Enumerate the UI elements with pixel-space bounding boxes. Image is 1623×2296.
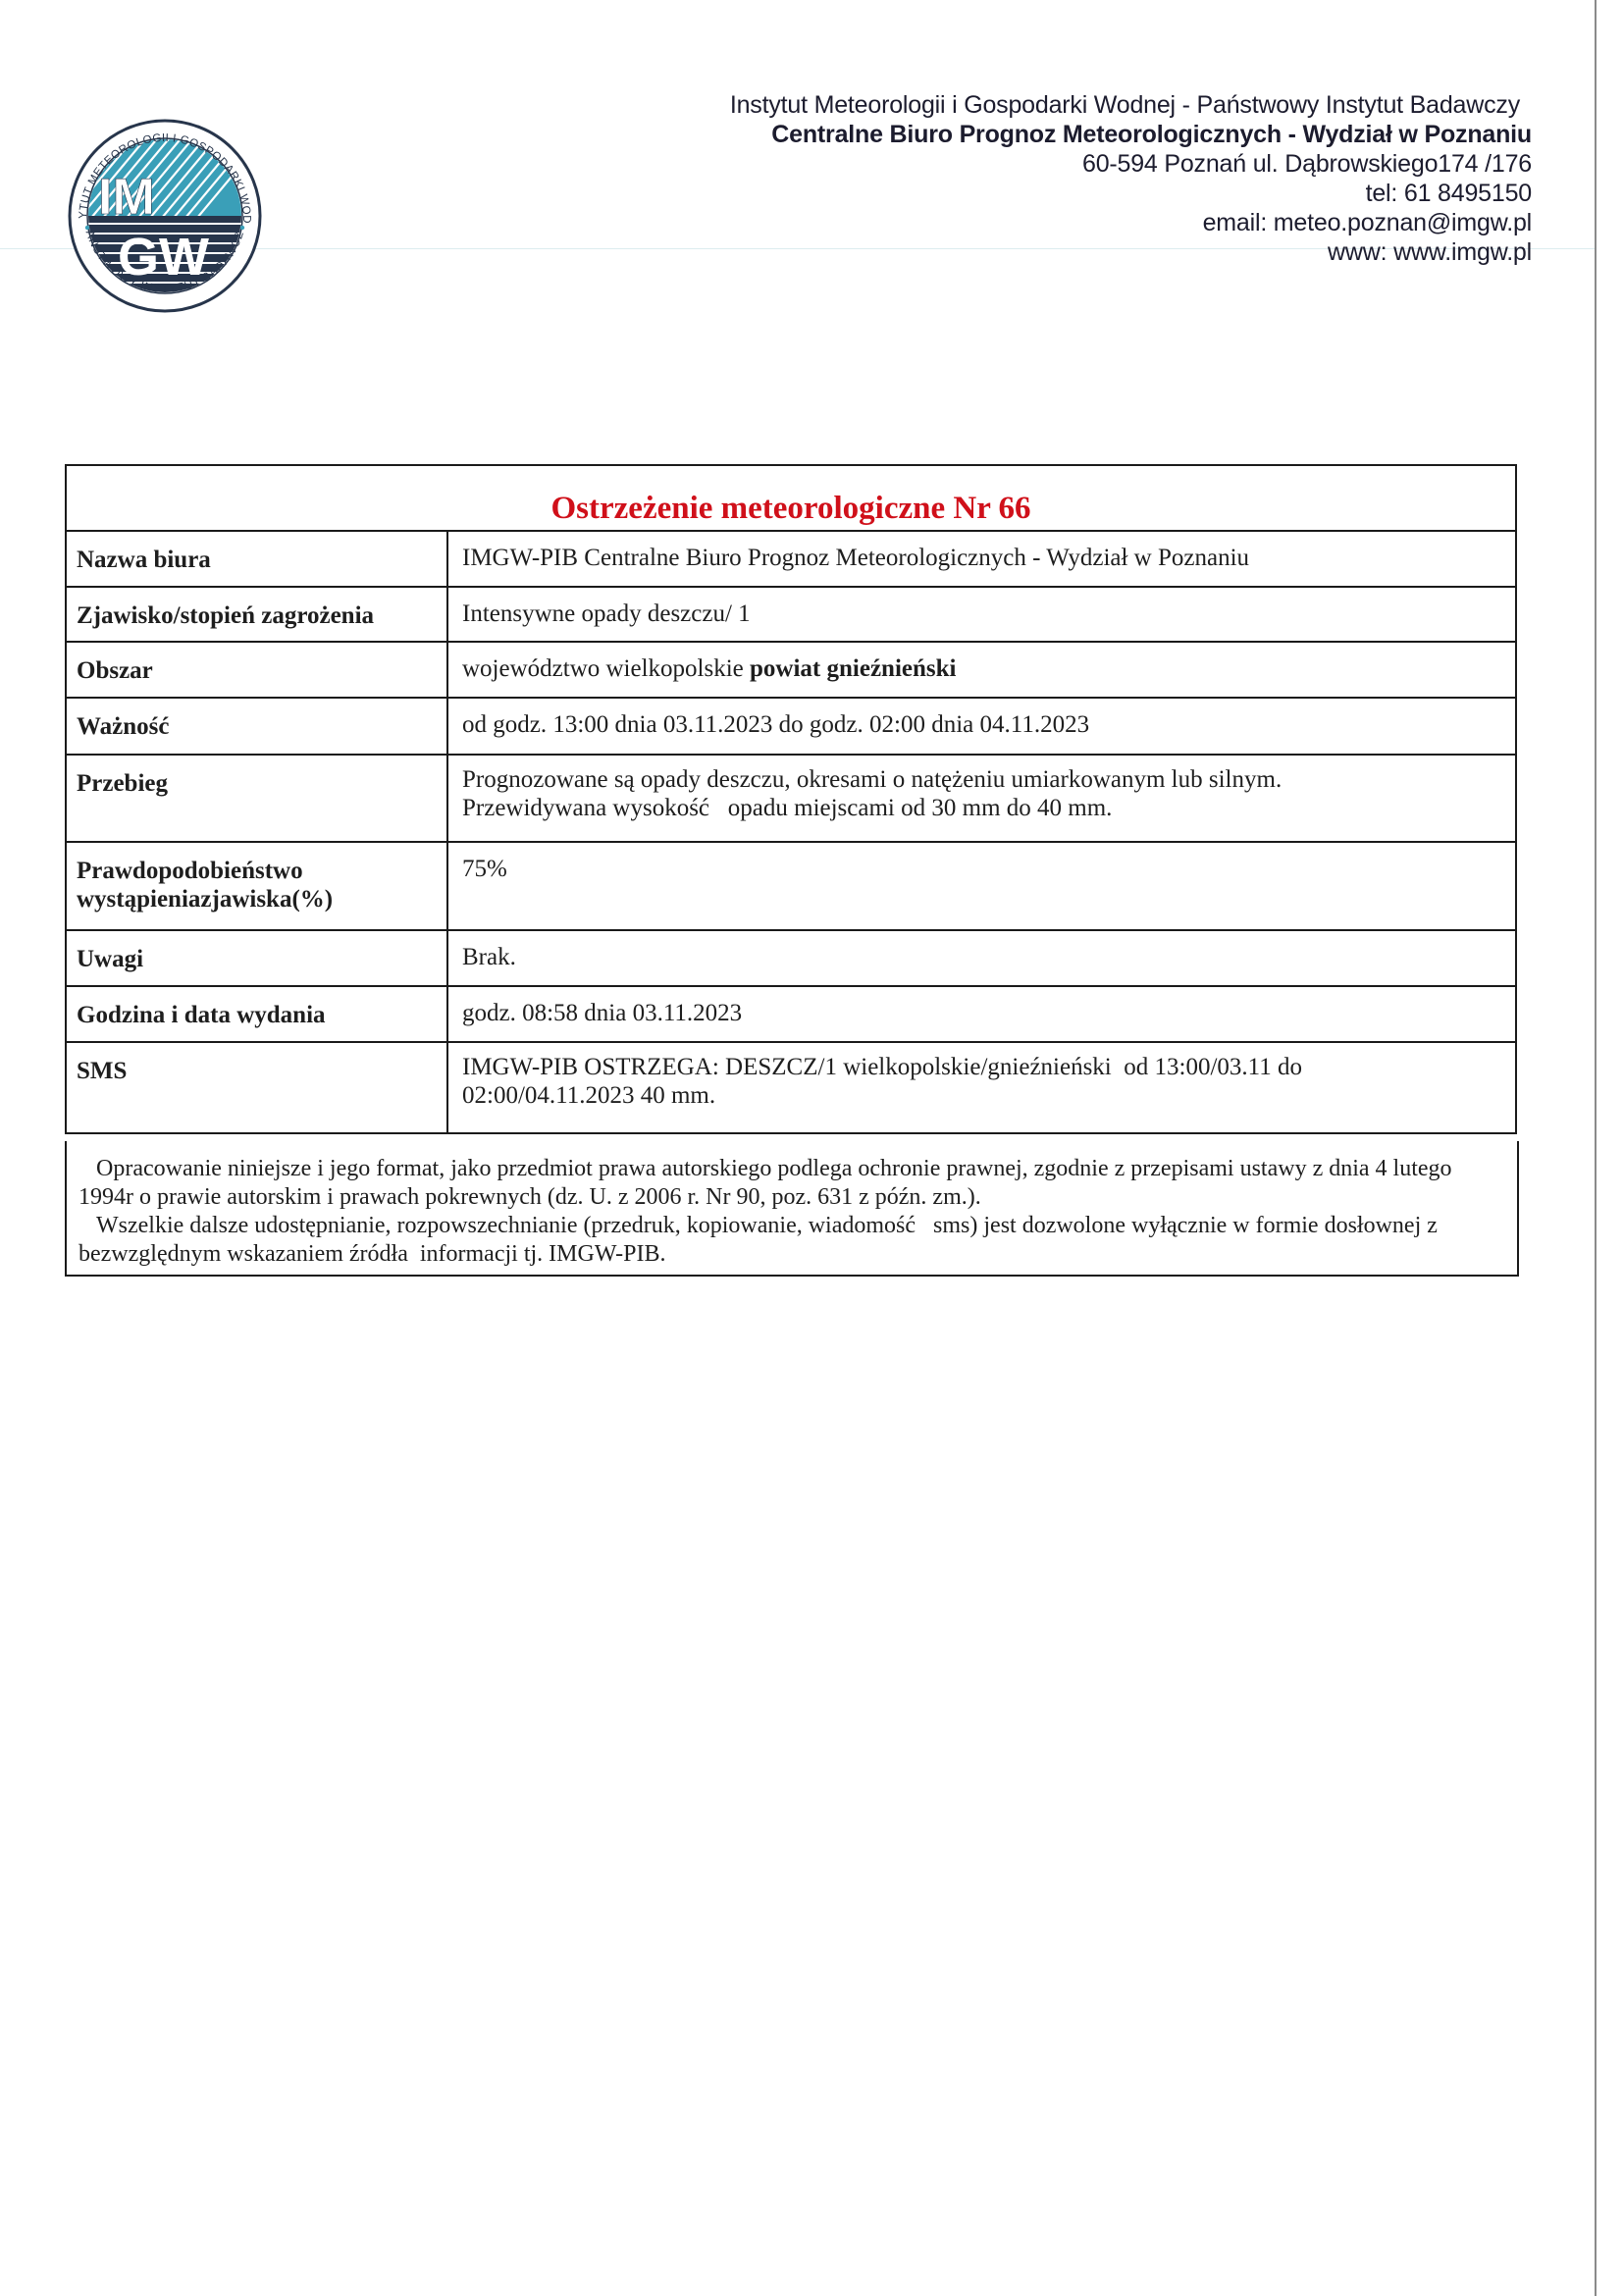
office-address: 60-594 Poznań ul. Dąbrowskiego174 /176 [550, 149, 1532, 179]
table-row-office: Nazwa biura IMGW-PIB Centralne Biuro Pro… [67, 532, 1515, 588]
office-email: email: meteo.poznan@imgw.pl [550, 208, 1532, 237]
institute-name: Instytut Meteorologii i Gospodarki Wodne… [550, 90, 1520, 120]
copyright-text: Opracowanie niniejsze i jego format, jak… [79, 1155, 1503, 1212]
office-phone: tel: 61 8495150 [550, 179, 1532, 208]
imgw-logo-icon: IM GW INSTYTUT METEOROLOGII I GOSPODARKI… [67, 118, 263, 314]
table-row-remarks: Uwagi Brak. [67, 931, 1515, 987]
copyright-notice: Opracowanie niniejsze i jego format, jak… [65, 1141, 1519, 1277]
row-value: od godz. 13:00 dnia 03.11.2023 do godz. … [448, 699, 1515, 754]
row-value: godz. 08:58 dnia 03.11.2023 [448, 987, 1515, 1041]
page-edge-line [1595, 0, 1597, 2296]
row-label: Ważność [67, 699, 448, 754]
office-name: Centralne Biuro Prognoz Meteorologicznyc… [550, 120, 1532, 149]
table-row-area: Obszar województwo wielkopolskie powiat … [67, 643, 1515, 699]
row-label: Uwagi [67, 931, 448, 985]
course-line-1: Prognozowane są opady deszczu, okresami … [462, 765, 1515, 794]
sms-line-1: IMGW-PIB OSTRZEGA: DESZCZ/1 wielkopolski… [462, 1053, 1515, 1081]
row-value: IMGW-PIB Centralne Biuro Prognoz Meteoro… [448, 532, 1515, 586]
table-row-issued: Godzina i data wydania godz. 08:58 dnia … [67, 987, 1515, 1043]
row-value: IMGW-PIB OSTRZEGA: DESZCZ/1 wielkopolski… [448, 1043, 1515, 1132]
table-row-course: Przebieg Prognozowane są opady deszczu, … [67, 756, 1515, 843]
row-label: Nazwa biura [67, 532, 448, 586]
usage-text: Wszelkie dalsze udostępnianie, rozpowsze… [79, 1212, 1503, 1269]
table-row-probability: Prawdopodobieństwo wystąpieniazjawiska(%… [67, 843, 1515, 931]
course-line-2: Przewidywana wysokość opadu miejscami od… [462, 794, 1515, 822]
area-county: powiat gnieźnieński [750, 655, 956, 682]
row-label: Zjawisko/stopień zagrożenia [67, 588, 448, 641]
row-value: Brak. [448, 931, 1515, 985]
warning-table: Ostrzeżenie meteorologiczne Nr 66 Nazwa … [65, 464, 1517, 1134]
row-value: 75% [448, 843, 1515, 929]
row-label: Przebieg [67, 756, 448, 841]
area-voivodeship: województwo wielkopolskie [462, 655, 744, 682]
institute-header: Instytut Meteorologii i Gospodarki Wodne… [550, 90, 1532, 267]
table-row-phenomenon: Zjawisko/stopień zagrożenia Intensywne o… [67, 588, 1515, 643]
warning-title: Ostrzeżenie meteorologiczne Nr 66 [551, 489, 1031, 528]
probability-label-line-2: wystąpieniazjawiska(%) [77, 885, 446, 913]
svg-text:IM: IM [98, 169, 155, 226]
row-value: Intensywne opady deszczu/ 1 [448, 588, 1515, 641]
row-label: Obszar [67, 643, 448, 697]
row-label: Godzina i data wydania [67, 987, 448, 1041]
table-row-validity: Ważność od godz. 13:00 dnia 03.11.2023 d… [67, 699, 1515, 756]
office-website: www: www.imgw.pl [550, 237, 1532, 267]
row-value: Prognozowane są opady deszczu, okresami … [448, 756, 1515, 841]
warning-title-row: Ostrzeżenie meteorologiczne Nr 66 [67, 466, 1515, 532]
row-label: SMS [67, 1043, 448, 1132]
row-value: województwo wielkopolskie powiat gnieźni… [448, 643, 1515, 697]
sms-line-2: 02:00/04.11.2023 40 mm. [462, 1081, 1515, 1110]
table-row-sms: SMS IMGW-PIB OSTRZEGA: DESZCZ/1 wielkopo… [67, 1043, 1515, 1132]
probability-label-line-1: Prawdopodobieństwo [77, 857, 446, 885]
row-label: Prawdopodobieństwo wystąpieniazjawiska(%… [67, 843, 448, 929]
